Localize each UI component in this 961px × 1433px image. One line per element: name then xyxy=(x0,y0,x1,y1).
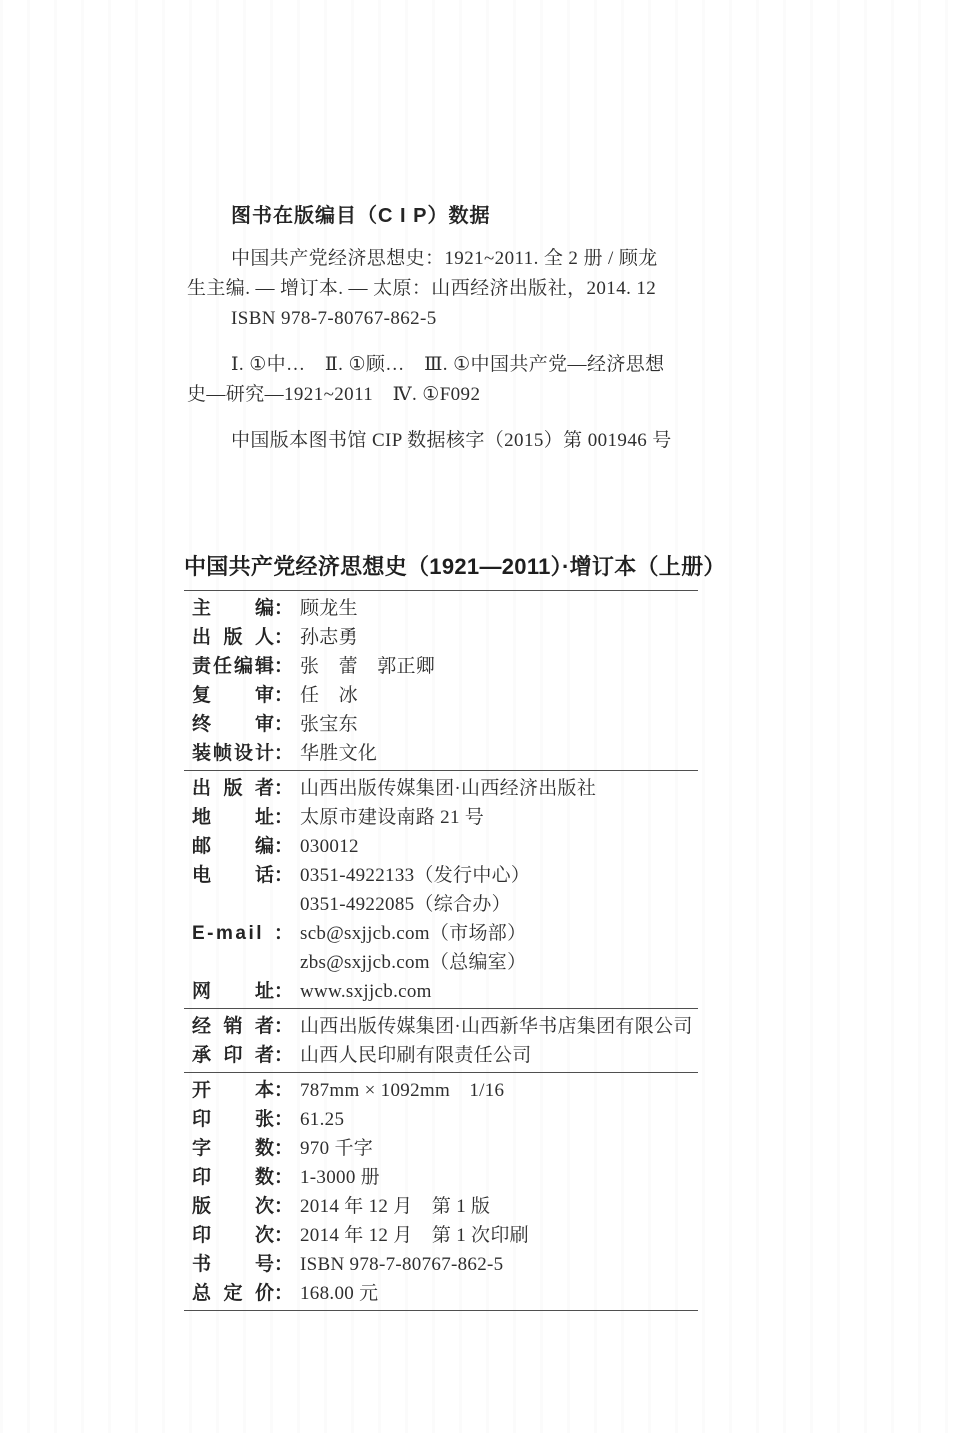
row-label: 版 次 xyxy=(192,1192,274,1221)
row-colon: ： xyxy=(274,1105,290,1134)
row-label: 复 审 xyxy=(192,681,274,710)
cip-classification-line-1: Ⅰ. ①中… Ⅱ. ①顾… Ⅲ. ①中国共产党—经济思想 xyxy=(187,350,747,380)
row-colon: ： xyxy=(274,1250,290,1279)
row-label: 承 印 者 xyxy=(192,1041,274,1070)
row-label: 终 审 xyxy=(192,710,274,739)
row-value: 任 冰 xyxy=(300,681,358,710)
row-value: 山西出版传媒集团·山西经济出版社 xyxy=(300,774,596,803)
row-colon: ： xyxy=(274,919,290,948)
row-label: E-mail xyxy=(192,919,274,948)
row-value: 970 千字 xyxy=(300,1134,373,1163)
row-value: 张 蕾 郭正卿 xyxy=(300,652,435,681)
row-value: 0351-4922085（综合办） xyxy=(300,890,511,919)
row-second-review: 复 审：任 冰 xyxy=(184,681,698,710)
row-label: 地 址 xyxy=(192,803,274,832)
row-label: 印 次 xyxy=(192,1221,274,1250)
row-colon: ： xyxy=(274,803,290,832)
row-colon: ： xyxy=(274,710,290,739)
row-colon: ： xyxy=(274,832,290,861)
row-label: 电 话 xyxy=(192,861,274,890)
row-value: ISBN 978-7-80767-862-5 xyxy=(300,1250,503,1279)
row-binding-design: 装帧设计：华胜文化 xyxy=(184,739,698,768)
row-colon: ： xyxy=(274,623,290,652)
row-colon: ： xyxy=(274,774,290,803)
row-value: 山西人民印刷有限责任公司 xyxy=(300,1041,532,1070)
cip-isbn-line: ISBN 978-7-80767-862-5 xyxy=(187,304,747,334)
cip-data-block: 图书在版编目（C I P）数据 中国共产党经济思想史：1921~2011. 全 … xyxy=(187,202,747,456)
row-word-count: 字 数：970 千字 xyxy=(184,1134,698,1163)
row-colon: ： xyxy=(274,594,290,623)
row-value: scb@sxjjcb.com（市场部） xyxy=(300,919,526,948)
cip-description-line-1: 中国共产党经济思想史：1921~2011. 全 2 册 / 顾龙 xyxy=(187,244,747,274)
row-colon: ： xyxy=(274,1012,290,1041)
row-label: 出 版 人 xyxy=(192,623,274,652)
row-value: 61.25 xyxy=(300,1105,344,1134)
row-value: 顾龙生 xyxy=(300,594,358,623)
copyright-page: 图书在版编目（C I P）数据 中国共产党经济思想史：1921~2011. 全 … xyxy=(0,0,961,1433)
row-printed-sheets: 印 张：61.25 xyxy=(184,1105,698,1134)
row-value: 030012 xyxy=(300,832,359,861)
row-value: 孙志勇 xyxy=(300,623,358,652)
row-colon: ： xyxy=(274,739,290,768)
row-publishing-house: 出 版 者：山西出版传媒集团·山西经济出版社 xyxy=(184,774,698,803)
row-value: 168.00 元 xyxy=(300,1279,378,1308)
row-colon: ： xyxy=(274,652,290,681)
row-colon: ： xyxy=(274,1279,290,1308)
row-label: 书 号 xyxy=(192,1250,274,1279)
row-label: 网 址 xyxy=(192,977,274,1006)
row-label: 责任编辑 xyxy=(192,652,274,681)
row-print-run: 印 数：1-3000 册 xyxy=(184,1163,698,1192)
row-value: 2014 年 12 月 第 1 版 xyxy=(300,1192,490,1221)
row-email-editorial-office: zbs@sxjjcb.com（总编室） xyxy=(184,948,698,977)
row-impression: 印 次：2014 年 12 月 第 1 次印刷 xyxy=(184,1221,698,1250)
row-colon: ： xyxy=(274,1041,290,1070)
colophon-group-editorial: 主 编：顾龙生 出 版 人：孙志勇 责任编辑：张 蕾 郭正卿 复 审：任 冰 终… xyxy=(184,591,698,770)
row-label: 印 数 xyxy=(192,1163,274,1192)
row-label: 字 数 xyxy=(192,1134,274,1163)
row-responsible-editors: 责任编辑：张 蕾 郭正卿 xyxy=(184,652,698,681)
book-title: 中国共产党经济思想史（1921—2011）·增订本（上册） xyxy=(184,552,698,582)
row-postal-code: 邮 编：030012 xyxy=(184,832,698,861)
row-value: 787mm × 1092mm 1/16 xyxy=(300,1076,504,1105)
row-chief-editor: 主 编：顾龙生 xyxy=(184,594,698,623)
row-final-review: 终 审：张宝东 xyxy=(184,710,698,739)
cip-description-line-2: 生主编. — 增订本. — 太原：山西经济出版社，2014. 12 xyxy=(187,274,747,304)
row-publisher-person: 出 版 人：孙志勇 xyxy=(184,623,698,652)
row-book-number: 书 号：ISBN 978-7-80767-862-5 xyxy=(184,1250,698,1279)
row-label: 出 版 者 xyxy=(192,774,274,803)
row-phone-distribution: 电 话：0351-4922133（发行中心） xyxy=(184,861,698,890)
row-format: 开 本：787mm × 1092mm 1/16 xyxy=(184,1076,698,1105)
row-email-marketing: E-mail：scb@sxjjcb.com（市场部） xyxy=(184,919,698,948)
row-label: 经 销 者 xyxy=(192,1012,274,1041)
row-colon: ： xyxy=(274,1163,290,1192)
row-address: 地 址：太原市建设南路 21 号 xyxy=(184,803,698,832)
cip-heading: 图书在版编目（C I P）数据 xyxy=(231,202,747,230)
row-colon: ： xyxy=(274,861,290,890)
row-colon: ： xyxy=(274,977,290,1006)
colophon-group-distribution: 经 销 者：山西出版传媒集团·山西新华书店集团有限公司 承 印 者：山西人民印刷… xyxy=(184,1009,698,1072)
row-total-price: 总 定 价：168.00 元 xyxy=(184,1279,698,1308)
row-label: 印 张 xyxy=(192,1105,274,1134)
row-value: 2014 年 12 月 第 1 次印刷 xyxy=(300,1221,529,1250)
row-label: 开 本 xyxy=(192,1076,274,1105)
row-colon: ： xyxy=(274,1134,290,1163)
row-phone-general-office: 0351-4922085（综合办） xyxy=(184,890,698,919)
row-colon: ： xyxy=(274,681,290,710)
row-value: 0351-4922133（发行中心） xyxy=(300,861,530,890)
row-label: 邮 编 xyxy=(192,832,274,861)
row-printer: 承 印 者：山西人民印刷有限责任公司 xyxy=(184,1041,698,1070)
divider-bottom xyxy=(184,1310,698,1311)
row-colon: ： xyxy=(274,1076,290,1105)
colophon-block: 中国共产党经济思想史（1921—2011）·增订本（上册） 主 编：顾龙生 出 … xyxy=(184,552,698,1311)
row-value: zbs@sxjjcb.com（总编室） xyxy=(300,948,526,977)
row-label: 装帧设计 xyxy=(192,739,274,768)
row-value: 张宝东 xyxy=(300,710,358,739)
row-colon: ： xyxy=(274,1192,290,1221)
row-website: 网 址：www.sxjjcb.com xyxy=(184,977,698,1006)
row-value: 华胜文化 xyxy=(300,739,377,768)
colophon-group-publishing: 出 版 者：山西出版传媒集团·山西经济出版社 地 址：太原市建设南路 21 号 … xyxy=(184,771,698,1008)
row-value: www.sxjjcb.com xyxy=(300,977,432,1006)
row-value: 1-3000 册 xyxy=(300,1163,380,1192)
cip-classification-line-2: 史—研究—1921~2011 Ⅳ. ①F092 xyxy=(187,380,747,410)
cip-record-number-line: 中国版本图书馆 CIP 数据核字（2015）第 001946 号 xyxy=(187,426,747,456)
row-colon: ： xyxy=(274,1221,290,1250)
colophon-group-specs: 开 本：787mm × 1092mm 1/16 印 张：61.25 字 数：97… xyxy=(184,1073,698,1310)
row-value: 太原市建设南路 21 号 xyxy=(300,803,484,832)
row-distributor: 经 销 者：山西出版传媒集团·山西新华书店集团有限公司 xyxy=(184,1012,698,1041)
row-label: 总 定 价 xyxy=(192,1279,274,1308)
row-edition: 版 次：2014 年 12 月 第 1 版 xyxy=(184,1192,698,1221)
row-label: 主 编 xyxy=(192,594,274,623)
row-value: 山西出版传媒集团·山西新华书店集团有限公司 xyxy=(300,1012,693,1041)
